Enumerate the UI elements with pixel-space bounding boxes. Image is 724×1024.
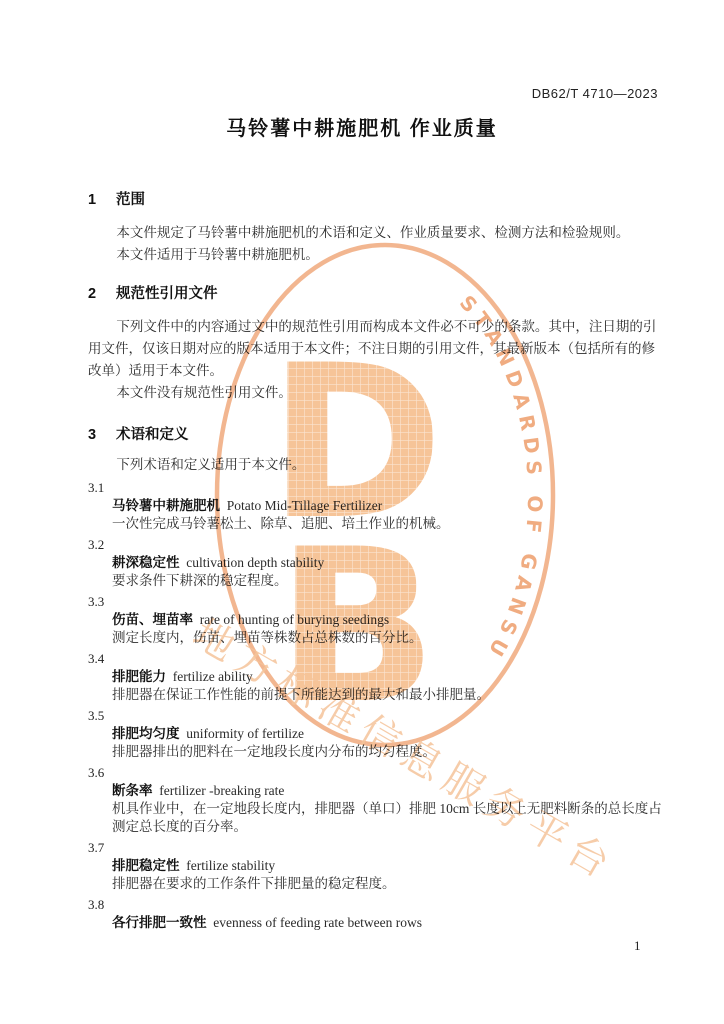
term-chinese: 各行排肥一致性 [112, 915, 207, 930]
term-english: fertilize ability [173, 669, 253, 684]
term-chinese: 伤苗、埋苗率 [112, 612, 193, 627]
term-definition: 一次性完成马铃薯松土、除草、追肥、培土作业的机械。 [88, 515, 668, 533]
term-number: 3.7 [88, 839, 668, 857]
section-title: 规范性引用文件 [116, 286, 218, 302]
term-entry: 3.5 排肥均匀度 uniformity of fertilize 排肥器排出的… [88, 707, 668, 761]
term-line: 马铃薯中耕施肥机 Potato Mid-Tillage Fertilizer [88, 497, 668, 515]
term-chinese: 排肥均匀度 [112, 726, 180, 741]
term-definition: 机具作业中，在一定地段长度内，排肥器（单口）排肥 10cm 长度以上无肥料断条的… [88, 800, 668, 836]
term-entry: 3.4 排肥能力 fertilize ability 排肥器在保证工作性能的前提… [88, 650, 668, 704]
term-line: 排肥能力 fertilize ability [88, 668, 668, 686]
term-number: 3.3 [88, 593, 668, 611]
term-line: 耕深稳定性 cultivation depth stability [88, 554, 668, 572]
term-number: 3.5 [88, 707, 668, 725]
term-number: 3.2 [88, 536, 668, 554]
term-entry: 3.7 排肥稳定性 fertilize stability 排肥器在要求的工作条… [88, 839, 668, 893]
term-chinese: 马铃薯中耕施肥机 [112, 498, 220, 513]
section-title: 范围 [116, 192, 145, 208]
term-entry: 3.3 伤苗、埋苗率 rate of hunting of burying se… [88, 593, 668, 647]
page-number: 1 [634, 938, 641, 954]
term-entry: 3.2 耕深稳定性 cultivation depth stability 要求… [88, 536, 668, 590]
term-chinese: 断条率 [112, 783, 153, 798]
term-line: 排肥均匀度 uniformity of fertilize [88, 725, 668, 743]
paragraph: 本文件没有规范性引用文件。 [88, 382, 668, 404]
section-title: 术语和定义 [116, 427, 189, 443]
term-english: evenness of feeding rate between rows [213, 915, 422, 930]
term-english: Potato Mid-Tillage Fertilizer [227, 498, 383, 513]
term-number: 3.1 [88, 479, 668, 497]
term-line: 伤苗、埋苗率 rate of hunting of burying seedin… [88, 611, 668, 629]
term-english: fertilize stability [186, 858, 275, 873]
paragraph: 下列文件中的内容通过文中的规范性引用而构成本文件必不可少的条款。其中，注日期的引… [88, 316, 668, 382]
terms-intro: 下列术语和定义适用于本文件。 [88, 454, 668, 476]
term-chinese: 排肥稳定性 [112, 858, 180, 873]
term-number: 3.8 [88, 896, 668, 914]
section-heading-terms-definitions: 3术语和定义 [88, 425, 668, 445]
term-english: uniformity of fertilize [186, 726, 304, 741]
term-definition: 要求条件下耕深的稳定程度。 [88, 572, 668, 590]
term-entry: 3.6 断条率 fertilizer -breaking rate 机具作业中，… [88, 764, 668, 836]
paragraph: 本文件规定了马铃薯中耕施肥机的术语和定义、作业质量要求、检测方法和检验规则。 [88, 222, 668, 244]
term-english: fertilizer -breaking rate [159, 783, 284, 798]
term-entry: 3.1 马铃薯中耕施肥机 Potato Mid-Tillage Fertiliz… [88, 479, 668, 533]
term-definition: 测定长度内，伤苗、埋苗等株数占总株数的百分比。 [88, 629, 668, 647]
term-number: 3.6 [88, 764, 668, 782]
section-number: 2 [88, 284, 116, 304]
term-chinese: 排肥能力 [112, 669, 166, 684]
term-definition: 排肥器在要求的工作条件下排肥量的稳定程度。 [88, 875, 668, 893]
section-number: 3 [88, 425, 116, 445]
term-definition: 排肥器排出的肥料在一定地段长度内分布的均匀程度。 [88, 743, 668, 761]
term-chinese: 耕深稳定性 [112, 555, 180, 570]
term-line: 各行排肥一致性 evenness of feeding rate between… [88, 914, 668, 932]
term-number: 3.4 [88, 650, 668, 668]
term-definition: 排肥器在保证工作性能的前提下所能达到的最大和最小排肥量。 [88, 686, 668, 704]
term-english: cultivation depth stability [186, 555, 324, 570]
term-entry: 3.8 各行排肥一致性 evenness of feeding rate bet… [88, 896, 668, 932]
section-number: 1 [88, 190, 116, 210]
terms-list: 3.1 马铃薯中耕施肥机 Potato Mid-Tillage Fertiliz… [88, 479, 668, 932]
section-heading-scope: 1范围 [88, 190, 668, 210]
section-heading-normative-references: 2规范性引用文件 [88, 284, 668, 304]
term-english: rate of hunting of burying seedings [200, 612, 389, 627]
term-line: 断条率 fertilizer -breaking rate [88, 782, 668, 800]
document-page: DB62/T 4710—2023 马铃薯中耕施肥机 作业质量 1范围 本文件规定… [0, 0, 724, 1024]
document-body: 1范围 本文件规定了马铃薯中耕施肥机的术语和定义、作业质量要求、检测方法和检验规… [88, 0, 668, 932]
term-line: 排肥稳定性 fertilize stability [88, 857, 668, 875]
paragraph: 本文件适用于马铃薯中耕施肥机。 [88, 244, 668, 266]
